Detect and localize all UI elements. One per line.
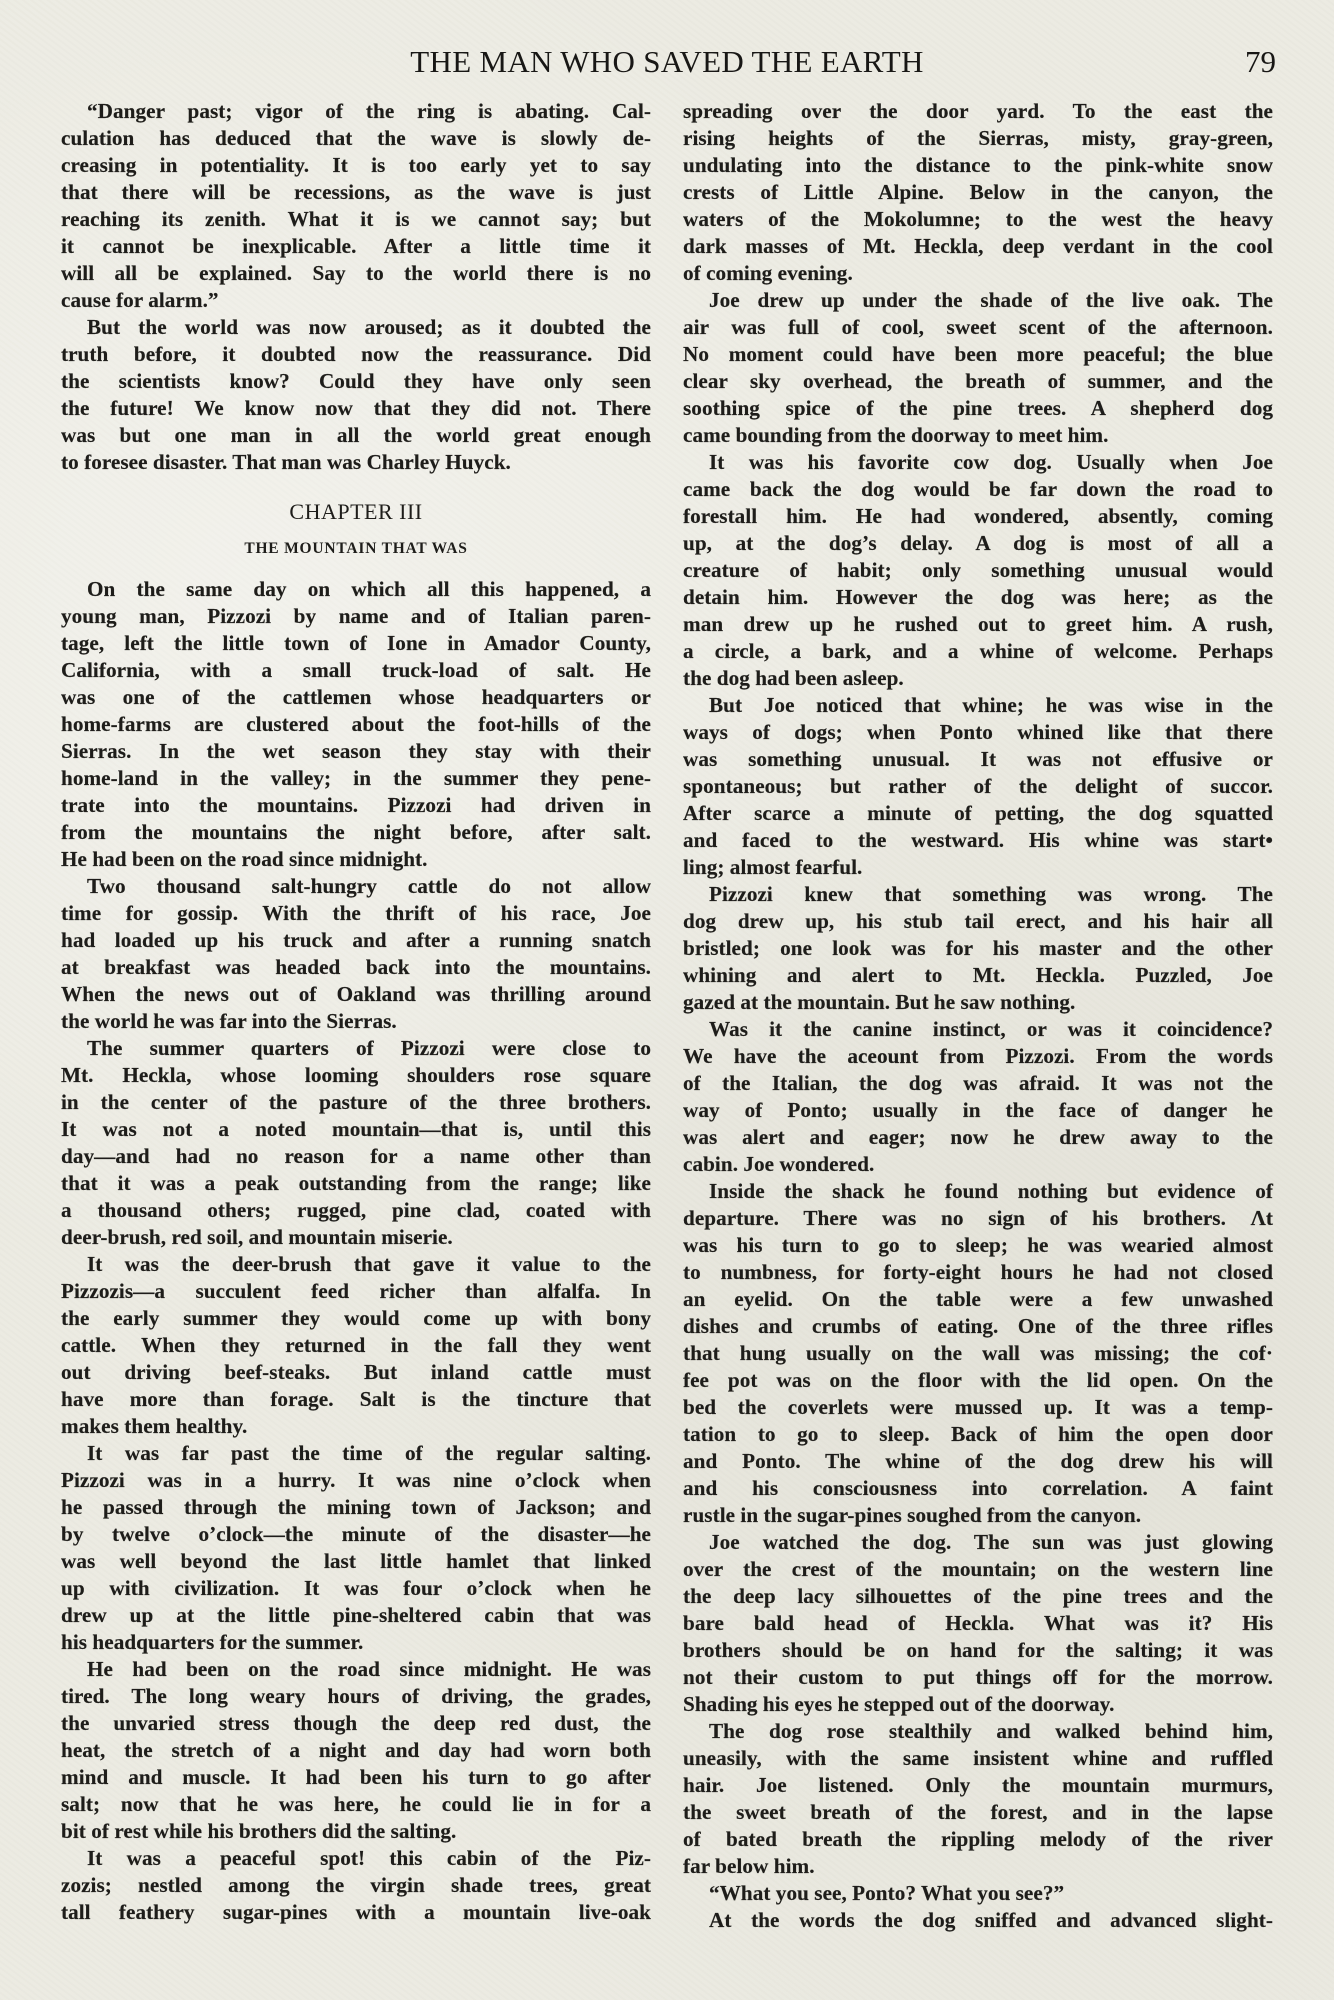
text-line: When the news out of Oakland was thrilli…	[61, 981, 651, 1008]
text-line: drew up at the little pine-sheltered cab…	[61, 1602, 651, 1629]
text-line: bristled; one look was for his master an…	[683, 935, 1273, 962]
text-line: the dog had been asleep.	[683, 665, 1273, 692]
text-line: Inside the shack he found nothing but ev…	[683, 1178, 1273, 1205]
text-line: from the mountains the night before, aft…	[61, 819, 651, 846]
text-line: up with civilization. It was four o’cloc…	[61, 1575, 651, 1602]
text-line: was his turn to go to sleep; he was wear…	[683, 1232, 1273, 1259]
text-line: Pizzozis—a succulent feed richer than al…	[61, 1278, 651, 1305]
text-line: whining and alert to Mt. Heckla. Puzzled…	[683, 962, 1273, 989]
text-line: cause for alarm.”	[61, 287, 651, 314]
text-line: was well beyond the last little hamlet t…	[61, 1548, 651, 1575]
text-line: the scientists know? Could they have onl…	[61, 368, 651, 395]
text-line: The summer quarters of Pizzozi were clos…	[61, 1035, 651, 1062]
text-line: up, at the dog’s delay. A dog is most of…	[683, 530, 1273, 557]
running-head: THE MAN WHO SAVED THE EARTH 79	[0, 44, 1334, 84]
text-line: came bounding from the doorway to meet h…	[683, 422, 1273, 449]
text-line: and faced to the westward. His whine was…	[683, 827, 1273, 854]
left-text-block-2: On the same day on which all this happen…	[61, 576, 651, 1926]
text-line: by twelve o’clock—the minute of the disa…	[61, 1521, 651, 1548]
text-line: Two thousand salt-hungry cattle do not a…	[61, 873, 651, 900]
text-line: that hung usually on the wall was missin…	[683, 1340, 1273, 1367]
text-line: At the words the dog sniffed and advance…	[683, 1907, 1273, 1934]
text-line: an eyelid. On the table were a few unwas…	[683, 1286, 1273, 1313]
text-line: brothers should be on hand for the salti…	[683, 1637, 1273, 1664]
text-line: of bated breath the rippling melody of t…	[683, 1826, 1273, 1853]
left-column: “Danger past; vigor of the ring is abati…	[61, 98, 651, 1926]
text-line: mind and muscle. It had been his turn to…	[61, 1764, 651, 1791]
text-line: makes them healthy.	[61, 1413, 651, 1440]
text-line: Sierras. In the wet season they stay wit…	[61, 738, 651, 765]
text-line: tired. The long weary hours of driving, …	[61, 1683, 651, 1710]
text-line: spontaneous; but rather of the delight o…	[683, 773, 1273, 800]
text-line: ling; almost fearful.	[683, 854, 1273, 881]
text-line: On the same day on which all this happen…	[61, 576, 651, 603]
text-line: He had been on the road since midnight.	[61, 846, 651, 873]
text-line: bed the coverlets were mussed up. It was…	[683, 1394, 1273, 1421]
text-line: young man, Pizzozi by name and of Italia…	[61, 603, 651, 630]
text-line: heat, the stretch of a night and day had…	[61, 1737, 651, 1764]
text-line: Shading his eyes he stepped out of the d…	[683, 1691, 1273, 1718]
text-line: “Danger past; vigor of the ring is abati…	[61, 98, 651, 125]
text-line: had loaded up his truck and after a runn…	[61, 927, 651, 954]
text-line: forestall him. He had wondered, absently…	[683, 503, 1273, 530]
text-line: tall feathery sugar-pines with a mountai…	[61, 1899, 651, 1926]
text-line: at breakfast was headed back into the mo…	[61, 954, 651, 981]
text-line: It was far past the time of the regular …	[61, 1440, 651, 1467]
text-line: was something unusual. It was not effusi…	[683, 746, 1273, 773]
text-line: will all be explained. Say to the world …	[61, 260, 651, 287]
text-line: uneasily, with the same insistent whine …	[683, 1745, 1273, 1772]
text-line: truth before, it doubted now the reassur…	[61, 341, 651, 368]
text-line: It was not a noted mountain—that is, unt…	[61, 1116, 651, 1143]
text-line: and his consciousness into correlation. …	[683, 1475, 1273, 1502]
text-line: that it was a peak outstanding from the …	[61, 1170, 651, 1197]
text-line: time for gossip. With the thrift of his …	[61, 900, 651, 927]
text-line: to foresee disaster. That man was Charle…	[61, 449, 651, 476]
text-line: have more than forage. Salt is the tinct…	[61, 1386, 651, 1413]
text-line: zozis; nestled among the virgin shade tr…	[61, 1872, 651, 1899]
right-column: spreading over the door yard. To the eas…	[683, 98, 1273, 1934]
text-line: Pizzozi knew that something was wrong. T…	[683, 881, 1273, 908]
text-line: reaching its zenith. What it is we canno…	[61, 206, 651, 233]
text-line: over the crest of the mountain; on the w…	[683, 1556, 1273, 1583]
text-line: ways of dogs; when Ponto whined like tha…	[683, 719, 1273, 746]
text-line: day—and had no reason for a name other t…	[61, 1143, 651, 1170]
text-line: it cannot be inexplicable. After a littl…	[61, 233, 651, 260]
text-line: far below him.	[683, 1853, 1273, 1880]
text-line: not their custom to put things off for t…	[683, 1664, 1273, 1691]
text-line: culation has deduced that the wave is sl…	[61, 125, 651, 152]
text-line: way of Ponto; usually in the face of dan…	[683, 1097, 1273, 1124]
text-line: came back the dog would be far down the …	[683, 476, 1273, 503]
chapter-heading: CHAPTER III	[61, 490, 651, 534]
left-text-block-1: “Danger past; vigor of the ring is abati…	[61, 98, 651, 476]
text-line: California, with a small truck-load of s…	[61, 657, 651, 684]
text-line: cabin. Joe wondered.	[683, 1151, 1273, 1178]
text-line: departure. There was no sign of his brot…	[683, 1205, 1273, 1232]
text-line: the world he was far into the Sierras.	[61, 1008, 651, 1035]
text-line: Joe watched the dog. The sun was just gl…	[683, 1529, 1273, 1556]
text-line: fee pot was on the floor with the lid op…	[683, 1367, 1273, 1394]
text-line: man drew up he rushed out to greet him. …	[683, 611, 1273, 638]
text-line: salt; now that he was here, he could lie…	[61, 1791, 651, 1818]
text-line: the early summer they would come up with…	[61, 1305, 651, 1332]
text-line: was alert and eager; now he drew away to…	[683, 1124, 1273, 1151]
text-line: the deep lacy silhouettes of the pine tr…	[683, 1583, 1273, 1610]
text-line: We have the aceount from Pizzozi. From t…	[683, 1043, 1273, 1070]
text-line: dark masses of Mt. Heckla, deep verdant …	[683, 233, 1273, 260]
text-line: spreading over the door yard. To the eas…	[683, 98, 1273, 125]
text-line: was one of the cattlemen whose headquart…	[61, 684, 651, 711]
text-line: No moment could have been more peaceful;…	[683, 341, 1273, 368]
page-number: 79	[1245, 44, 1276, 80]
text-line: bare bald head of Heckla. What was it? H…	[683, 1610, 1273, 1637]
text-line: in the center of the pasture of the thre…	[61, 1089, 651, 1116]
text-line: rising heights of the Sierras, misty, gr…	[683, 125, 1273, 152]
text-line: home-land in the valley; in the summer t…	[61, 765, 651, 792]
text-line: It was his favorite cow dog. Usually whe…	[683, 449, 1273, 476]
text-line: and Ponto. The whine of the dog drew his…	[683, 1448, 1273, 1475]
text-line: home-farms are clustered about the foot-…	[61, 711, 651, 738]
text-line: deer-brush, red soil, and mountain miser…	[61, 1224, 651, 1251]
text-line: Mt. Heckla, whose looming shoulders rose…	[61, 1062, 651, 1089]
text-line: a circle, a bark, and a whine of welcome…	[683, 638, 1273, 665]
text-line: the unvaried stress though the deep red …	[61, 1710, 651, 1737]
text-line: out driving beef-steaks. But inland catt…	[61, 1359, 651, 1386]
text-line: a thousand others; rugged, pine clad, co…	[61, 1197, 651, 1224]
text-line: his headquarters for the summer.	[61, 1629, 651, 1656]
text-line: the future! We know now that they did no…	[61, 395, 651, 422]
text-line: trate into the mountains. Pizzozi had dr…	[61, 792, 651, 819]
text-line: of the Italian, the dog was afraid. It w…	[683, 1070, 1273, 1097]
text-line: dog drew up, his stub tail erect, and hi…	[683, 908, 1273, 935]
text-line: clear sky overhead, the breath of summer…	[683, 368, 1273, 395]
text-line: tage, left the little town of Ione in Am…	[61, 630, 651, 657]
text-line: the sweet breath of the forest, and in t…	[683, 1799, 1273, 1826]
text-line: Pizzozi was in a hurry. It was nine o’cl…	[61, 1467, 651, 1494]
text-line: But the world was now aroused; as it dou…	[61, 314, 651, 341]
chapter-subtitle: THE MOUNTAIN THAT WAS	[61, 534, 651, 570]
text-line: waters of the Mokolumne; to the west the…	[683, 206, 1273, 233]
text-line: of coming evening.	[683, 260, 1273, 287]
text-line: crests of Little Alpine. Below in the ca…	[683, 179, 1273, 206]
text-line: dishes and crumbs of eating. One of the …	[683, 1313, 1273, 1340]
text-line: creasing in potentiality. It is too earl…	[61, 152, 651, 179]
text-line: hair. Joe listened. Only the mountain mu…	[683, 1772, 1273, 1799]
text-line: tation to go to sleep. Back of him the o…	[683, 1421, 1273, 1448]
text-line: that there will be recessions, as the wa…	[61, 179, 651, 206]
text-line: It was the deer-brush that gave it value…	[61, 1251, 651, 1278]
text-line: Joe drew up under the shade of the live …	[683, 287, 1273, 314]
text-line: was but one man in all the world great e…	[61, 422, 651, 449]
text-line: cattle. When they returned in the fall t…	[61, 1332, 651, 1359]
text-line: He had been on the road since midnight. …	[61, 1656, 651, 1683]
running-title: THE MAN WHO SAVED THE EARTH	[0, 44, 1334, 80]
text-line: to numbness, for forty-eight hours he ha…	[683, 1259, 1273, 1286]
text-line: creature of habit; only something unusua…	[683, 557, 1273, 584]
text-line: undulating into the distance to the pink…	[683, 152, 1273, 179]
text-line: “What you see, Ponto? What you see?”	[683, 1880, 1273, 1907]
text-line: Was it the canine instinct, or was it co…	[683, 1016, 1273, 1043]
text-line: soothing spice of the pine trees. A shep…	[683, 395, 1273, 422]
text-line: After scarce a minute of petting, the do…	[683, 800, 1273, 827]
text-line: But Joe noticed that whine; he was wise …	[683, 692, 1273, 719]
right-text-block: spreading over the door yard. To the eas…	[683, 98, 1273, 1934]
text-line: he passed through the mining town of Jac…	[61, 1494, 651, 1521]
text-line: air was full of cool, sweet scent of the…	[683, 314, 1273, 341]
text-line: It was a peaceful spot! this cabin of th…	[61, 1845, 651, 1872]
text-line: rustle in the sugar-pines soughed from t…	[683, 1502, 1273, 1529]
text-line: bit of rest while his brothers did the s…	[61, 1818, 651, 1845]
text-line: The dog rose stealthily and walked behin…	[683, 1718, 1273, 1745]
text-line: detain him. However the dog was here; as…	[683, 584, 1273, 611]
text-line: gazed at the mountain. But he saw nothin…	[683, 989, 1273, 1016]
